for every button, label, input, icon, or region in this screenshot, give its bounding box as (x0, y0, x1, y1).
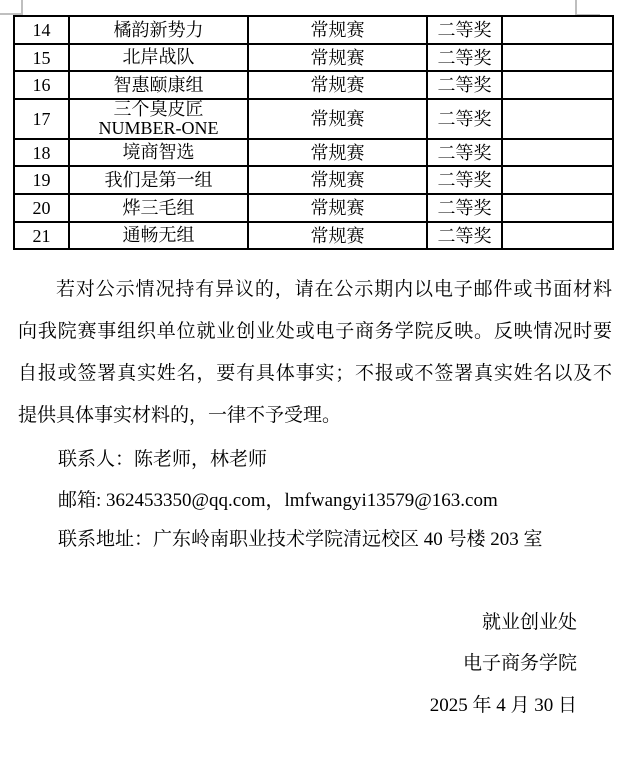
table-cell-note (502, 194, 613, 222)
table-row: 21通畅无组常规赛二等奖 (14, 222, 613, 249)
paragraph-line: 若对公示情况持有异议的，请在公示期内以电子邮件或书面材料 (18, 269, 612, 311)
table-cell-award: 二等奖 (427, 16, 502, 44)
table-row: 17三个臭皮匠 NUMBER-ONE常规赛二等奖 (14, 99, 613, 139)
table-cell-award: 二等奖 (427, 139, 502, 166)
table-row: 19我们是第一组常规赛二等奖 (14, 166, 613, 194)
table-cell-team: 烨三毛组 (69, 194, 248, 222)
table-cell-track: 常规赛 (248, 16, 427, 44)
table-cell-team: 境商智选 (69, 139, 248, 166)
table-cell-award: 二等奖 (427, 222, 502, 249)
notice-paragraph: 若对公示情况持有异议的，请在公示期内以电子邮件或书面材料向我院赛事组织单位就业创… (18, 269, 612, 437)
table-row: 15北岸战队常规赛二等奖 (14, 44, 613, 71)
table-cell-team: 智惠颐康组 (69, 71, 248, 99)
table-cell-award: 二等奖 (427, 166, 502, 194)
award-results-table: 14橘韵新势力常规赛二等奖15北岸战队常规赛二等奖16智惠颐康组常规赛二等奖17… (13, 15, 614, 250)
table-row: 18境商智选常规赛二等奖 (14, 139, 613, 166)
paragraph-line: 向我院赛事组织单位就业创业处或电子商务学院反映。反映情况时要 (18, 311, 612, 353)
table-cell-no: 15 (14, 44, 69, 71)
table-cell-award: 二等奖 (427, 99, 502, 139)
table-cell-track: 常规赛 (248, 44, 427, 71)
table-cell-team: 我们是第一组 (69, 166, 248, 194)
table-cell-no: 14 (14, 16, 69, 44)
contact-person-line: 联系人：陈老师，林老师 (58, 449, 267, 471)
table-cell-note (502, 166, 613, 194)
table-cell-note (502, 16, 613, 44)
signature-department-1: 就业创业处 (482, 612, 577, 634)
table-cell-team: 三个臭皮匠 NUMBER-ONE (69, 99, 248, 139)
table-cell-award: 二等奖 (427, 194, 502, 222)
table-cell-award: 二等奖 (427, 44, 502, 71)
grid-boundary-mark-right (575, 0, 600, 16)
table-cell-no: 20 (14, 194, 69, 222)
table-row: 16智惠颐康组常规赛二等奖 (14, 71, 613, 99)
table-cell-team: 橘韵新势力 (69, 16, 248, 44)
table-cell-note (502, 99, 613, 139)
table-cell-note (502, 71, 613, 99)
table-cell-no: 18 (14, 139, 69, 166)
table-cell-note (502, 139, 613, 166)
table-cell-no: 16 (14, 71, 69, 99)
table-cell-no: 21 (14, 222, 69, 249)
grid-boundary-mark-left (0, 0, 23, 15)
table-cell-track: 常规赛 (248, 166, 427, 194)
table-cell-no: 19 (14, 166, 69, 194)
paragraph-line: 自报或签署真实姓名，要有具体事实；不报或不签署真实姓名以及不 (18, 353, 612, 395)
signature-department-2: 电子商务学院 (463, 653, 577, 675)
document-page: 14橘韵新势力常规赛二等奖15北岸战队常规赛二等奖16智惠颐康组常规赛二等奖17… (0, 0, 626, 757)
signature-date: 2025 年 4 月 30 日 (430, 695, 577, 717)
table-cell-track: 常规赛 (248, 139, 427, 166)
table-cell-team: 北岸战队 (69, 44, 248, 71)
table-cell-track: 常规赛 (248, 222, 427, 249)
table-cell-track: 常规赛 (248, 194, 427, 222)
table-cell-track: 常规赛 (248, 71, 427, 99)
paragraph-line: 提供具体事实材料的，一律不予受理。 (18, 395, 612, 437)
table-cell-note (502, 222, 613, 249)
table-cell-team: 通畅无组 (69, 222, 248, 249)
table-cell-note (502, 44, 613, 71)
table-cell-track: 常规赛 (248, 99, 427, 139)
table-cell-no: 17 (14, 99, 69, 139)
table-row: 14橘韵新势力常规赛二等奖 (14, 16, 613, 44)
contact-email-line: 邮箱: 362453350@qq.com，lmfwangyi13579@163.… (58, 490, 498, 512)
table-cell-award: 二等奖 (427, 71, 502, 99)
contact-address-line: 联系地址：广东岭南职业技术学院清远校区 40 号楼 203 室 (58, 529, 543, 551)
table-row: 20烨三毛组常规赛二等奖 (14, 194, 613, 222)
